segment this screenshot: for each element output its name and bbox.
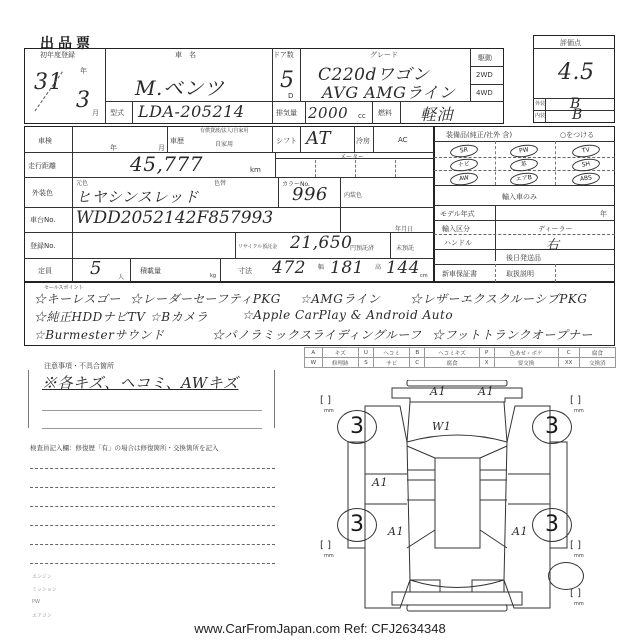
ac-value: AC — [398, 136, 408, 144]
model-code: LDA-205214 — [138, 102, 245, 121]
damage-legend: Aキズ Uヘコミ Bヘコミキズ P色あせ・ボケ C腐食 W修理跡 Sサビ C腐食… — [304, 347, 616, 368]
sales-point: ☆フットトランクオープナー — [432, 326, 593, 343]
drive-4wd: 4WD — [476, 89, 493, 97]
displacement-unit: cc — [358, 112, 366, 120]
tread-bracket-rr: [ ] — [570, 540, 581, 551]
height-label: 高 — [375, 262, 381, 271]
pw-label: PW — [32, 599, 40, 605]
tread-unit-rr: mm — [574, 553, 584, 559]
damage-mark-windshield: W1 — [432, 420, 451, 433]
fuel-label: 燃料 — [378, 108, 392, 118]
drive-2wd: 2WD — [476, 71, 493, 79]
tire-front-left: 3 — [337, 410, 377, 444]
color-label: 外装色 — [32, 188, 53, 198]
damage-mark-rear-left: A1 — [388, 525, 404, 538]
mileage-label: 走行距離 — [28, 161, 56, 171]
spare-tire — [548, 562, 584, 590]
tread-bracket-rl: [ ] — [320, 540, 331, 551]
load-label: 積載量 — [140, 266, 161, 276]
meter-label: メーター — [340, 152, 364, 161]
model-year-unit: 年 — [600, 209, 607, 219]
displacement-label: 排気量 — [276, 108, 297, 118]
tire-front-right: 3 — [532, 410, 572, 444]
month-label: 月 — [92, 108, 99, 118]
chassis-date-label: 年月日 — [395, 224, 413, 233]
sales-point: ☆キーレスゴー — [34, 290, 121, 307]
damage-mark-front-right: A1 — [478, 385, 494, 398]
length-value: 472 — [272, 258, 306, 278]
history-value: 自家用 — [215, 139, 233, 148]
changed-color-label: 色替 — [214, 178, 226, 187]
score-value: 4.5 — [558, 60, 595, 85]
inspection-year-unit: 年 — [110, 143, 117, 153]
car-name: M.ベンツ — [135, 72, 224, 101]
tire-rear-right: 3 — [532, 508, 572, 542]
load-unit: kg — [210, 273, 216, 279]
size-label: 寸法 — [238, 266, 252, 276]
model-label: 型式 — [110, 108, 124, 118]
damage-mark-left-door: A1 — [372, 476, 388, 489]
capacity-label: 定員 — [38, 266, 52, 276]
damage-mark-rear-right: A1 — [512, 525, 528, 538]
sales-point: ☆レザーエクスクルーシブPKG — [410, 290, 587, 307]
grade-label: グレード — [370, 50, 398, 60]
mileage-value: 45,777 — [130, 152, 203, 176]
displacement-value: 2000 — [308, 104, 348, 122]
fuel-value: 軽油 — [420, 102, 453, 125]
import-type-value: ディーラー — [538, 224, 572, 234]
sales-point: ☆AMGライン — [300, 290, 380, 307]
interior-label: 内装 — [535, 112, 545, 119]
import-type-label: 輸入区分 — [442, 224, 470, 234]
docs-label: 後日発送品 — [506, 253, 541, 263]
width-label: 幅 — [318, 262, 324, 271]
footer-reference: www.CarFromJapan.com Ref: CFJ2634348 — [0, 621, 640, 636]
warranty-label: 新車保証書 — [442, 269, 477, 279]
chassis-no: WDD2052142F857993 — [76, 208, 273, 228]
handle-value: 右 — [546, 234, 560, 253]
first-reg-label: 初年度登録 — [40, 50, 75, 60]
doors-label: ドア数 — [273, 50, 294, 60]
sales-point: ☆パノラミックスライディングルーフ — [212, 326, 422, 343]
sales-point: ☆Burmesterサウンド — [34, 326, 164, 343]
tread-unit-fl: mm — [324, 408, 334, 414]
score-label: 評価点 — [560, 38, 581, 48]
shift-value: AT — [306, 128, 331, 149]
inspection-label: 車検 — [38, 136, 52, 146]
exterior-label: 外装 — [535, 100, 545, 107]
chassis-label: 車台No. — [30, 215, 56, 225]
mileage-unit: km — [250, 166, 261, 174]
first-reg-month: 3 — [76, 88, 91, 113]
import-label: 輸入車のみ — [502, 192, 537, 202]
manual-label: 取扱説明 — [506, 269, 534, 279]
inspector-label: 検査員記入欄：修復歴「有」の場合は修復箇所・交換箇所を記入 — [30, 443, 219, 452]
equipment-note: ○をつける — [560, 130, 594, 140]
recycle-unpaid: 未預託 — [396, 243, 414, 252]
doors-value: 5 — [280, 68, 295, 93]
aircon-label: エアコン — [32, 612, 52, 619]
interior-grade: B — [572, 107, 583, 123]
sales-point: ☆純正HDDナビTV — [34, 308, 145, 325]
tread-bracket-fr: [ ] — [570, 395, 581, 406]
tread-bracket-fl: [ ] — [320, 395, 331, 406]
recycle-label: リサイクル預託金 — [238, 243, 277, 250]
height-value: 144 — [386, 258, 420, 278]
grade-line2: AVG AMGライン — [322, 80, 455, 103]
doors-unit: D — [288, 92, 293, 100]
tread-unit-spare: mm — [574, 601, 584, 607]
tread-unit-rl: mm — [324, 553, 334, 559]
drive-label: 駆動 — [478, 53, 492, 63]
color-no-value: 996 — [292, 184, 328, 205]
recycle-amount: 21,650 — [290, 233, 352, 253]
capacity-unit: 人 — [118, 272, 124, 281]
sales-point: ☆レーダーセーフティPKG — [130, 290, 281, 307]
color-value: ヒヤシンスレッド — [76, 186, 199, 207]
car-name-label: 車 名 — [175, 50, 196, 60]
history-header: 有償貸渡/法人/自家用 — [200, 127, 248, 134]
damage-mark-front-left: A1 — [430, 385, 446, 398]
sales-point: ☆Apple CarPlay & Android Auto — [242, 308, 453, 322]
width-value: 181 — [330, 258, 364, 278]
size-unit: cm — [420, 273, 428, 279]
ac-label: 冷房 — [356, 136, 370, 146]
handle-label: ハンドル — [444, 238, 472, 248]
tire-rear-left: 3 — [337, 508, 377, 542]
reg-label: 登録No. — [30, 241, 56, 251]
year-label: 年 — [80, 66, 87, 76]
recycle-status: 円預託済 — [350, 243, 374, 252]
interior-color-label: 内装色 — [344, 190, 362, 199]
tread-unit-fr: mm — [574, 408, 584, 414]
notes-text: ※各キズ、ヘコミ、AWキズ — [42, 372, 238, 393]
tread-bracket-spare: [ ] — [570, 588, 581, 599]
equipment-label: 装備品(純正/社外 含) — [446, 130, 512, 140]
model-year-label: モデル年式 — [440, 209, 475, 219]
capacity-value: 5 — [90, 258, 102, 279]
engine-label: エンジン — [32, 573, 52, 580]
sales-point: ☆Bカメラ — [150, 308, 208, 325]
shift-label: シフト — [276, 136, 297, 146]
history-label: 車歴 — [170, 136, 184, 146]
mission-label: ミッション — [32, 586, 57, 593]
